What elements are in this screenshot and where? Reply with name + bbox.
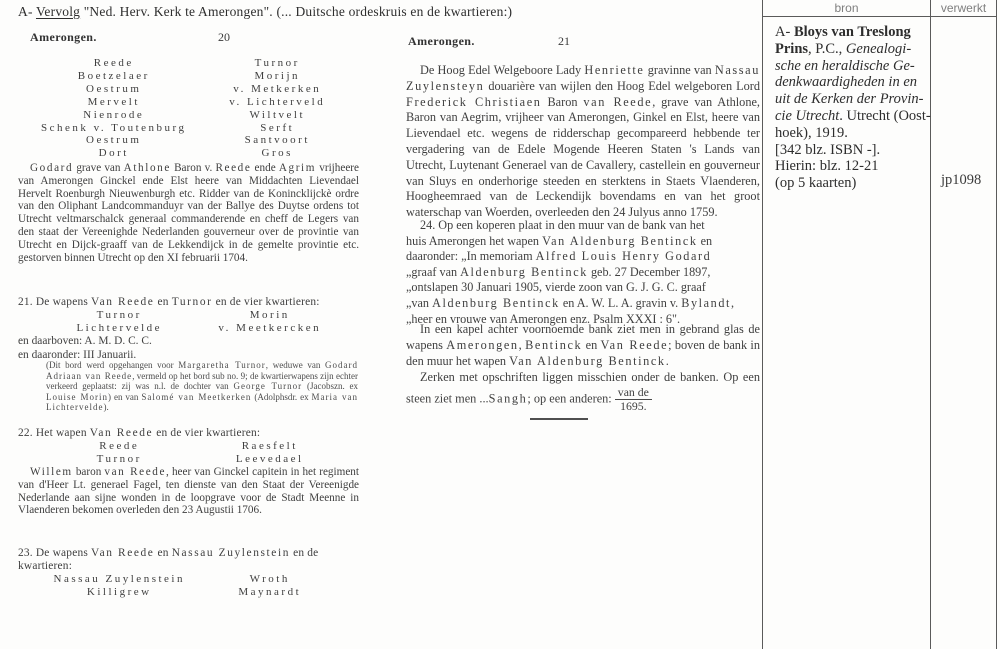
text-line: „van Aldenburg Bentinck en A. W. L. A. g… — [406, 296, 760, 312]
text-segment: Nassau Zuylenstein — [172, 547, 290, 559]
text-segment: Henriette — [584, 63, 644, 77]
text-line: „graaf van Aldenburg Bentinck geb. 27 De… — [406, 265, 760, 281]
quarter-name: Nassau Zuylenstein — [44, 573, 195, 586]
text-segment: Godard — [30, 162, 73, 174]
quarter-name: Dort — [32, 147, 196, 160]
quarter-name-row: ReedeTurnor — [32, 57, 359, 70]
text-segment: (op 5 kaarten) — [775, 175, 856, 191]
sidebar-column-divider — [930, 0, 931, 649]
text-segment: „ontslapen 30 Januari 1905, vierde zoon … — [406, 280, 706, 294]
text-segment: Van Aldenburg Bentinck — [542, 234, 697, 248]
text-segment: douarière van wijlen den Hoog Edel welge… — [484, 79, 760, 93]
left-scan-page: Amerongen. 20 ReedeTurnorBoetzelaerMorij… — [18, 30, 359, 44]
quarter-name: v. Meetkercken — [195, 322, 346, 335]
text-segment: Aldenburg Bentinck — [432, 296, 560, 310]
text-segment: ) en van — [108, 392, 141, 402]
quarter-name: Reede — [44, 440, 195, 453]
text-segment: Van Reede — [601, 338, 669, 352]
text-segment: grave van — [73, 162, 124, 174]
quarter-name: Wroth — [195, 573, 346, 586]
quarter-name: Leevedael — [195, 453, 346, 466]
quarter-name: v. Metkerken — [196, 83, 360, 96]
quarter-name: Schenk v. Toutenburg — [32, 122, 196, 135]
text-segment: denkwaardigheden in en — [775, 74, 917, 90]
quarter-name-row: Lichterveldev. Meetkercken — [44, 322, 345, 335]
item-21: 21. De wapens Van Reede en Turnor en de … — [18, 296, 359, 362]
fraction-numerator: van de — [615, 386, 652, 399]
item-22-paragraph: Willem baron van Reede, heer van Ginckel… — [18, 466, 359, 517]
quarter-name: Oestrum — [32, 83, 196, 96]
quarter-name: Lichtervelde — [44, 322, 195, 335]
sidebar-left-border — [762, 0, 763, 649]
page-title: Amerongen. — [30, 30, 97, 45]
quarter-names-list: ReedeTurnorBoetzelaerMorijnOestrumv. Met… — [18, 57, 359, 160]
text-segment: Willem — [30, 466, 73, 478]
quarter-name-row: TurnorMorin — [44, 309, 345, 322]
fraction-van-de-1695: van de1695. — [615, 386, 652, 413]
quarter-name-row: Oestrumv. Metkerken — [32, 83, 359, 96]
text-segment: (Adolphsdr. ex — [251, 392, 311, 402]
text-segment: Prins — [775, 41, 808, 57]
text-segment: uit de Kerken der Provin- — [775, 91, 923, 107]
text-segment: Margaretha Turnor — [178, 360, 266, 370]
text-segment: 24. Op een koperen plaat in den muur van… — [420, 218, 705, 232]
text-line: 24. Op een koperen plaat in den muur van… — [406, 218, 760, 234]
item-22-heading: 22. Het wapen Van Reede en de vier kwart… — [18, 427, 359, 440]
text-segment: Reede — [215, 162, 251, 174]
text-segment: De Hoog Edel Welgeboore Lady — [420, 63, 584, 77]
quarter-name: Killigrew — [44, 586, 195, 599]
text-segment: Frederick Christiaen — [406, 95, 542, 109]
item-23-heading: 23. De wapens Van Reede en Nassau Zuylen… — [18, 547, 359, 573]
kapel-paragraph: In een kapel achter voornoemde bank ziet… — [406, 322, 760, 369]
text-segment: [342 blz. ISBN -]. — [775, 142, 880, 158]
right-scan-page: Amerongen. 21 De Hoog Edel Welgeboore La… — [406, 34, 760, 48]
item-22-quarters: ReedeRaesfeltTurnorLeevedael — [18, 440, 359, 466]
text-segment: vrijheere van Amerongen Ginckel ende Els… — [18, 162, 359, 264]
text-segment: , — [731, 296, 734, 310]
text-segment: en — [154, 296, 171, 308]
text-segment: gravinne van — [645, 63, 715, 77]
sidebar-header-divider — [762, 16, 997, 17]
text-segment: Bylandt — [681, 296, 731, 310]
text-segment: Agrim — [279, 162, 316, 174]
text-line: cie Utrecht. Utrecht (Oost- — [775, 108, 927, 125]
text-segment: Van Reede — [91, 296, 154, 308]
text-segment: Baron — [542, 95, 584, 109]
quarter-name: Serft — [196, 122, 360, 135]
text-segment: Baron v. — [171, 162, 216, 174]
text-line: A- Bloys van Treslong — [775, 24, 927, 41]
text-segment: van Reede — [104, 466, 166, 478]
text-line: uit de Kerken der Provin- — [775, 91, 927, 108]
item-21-daarboven: en daarboven: A. M. D. C. C. — [18, 335, 359, 349]
quarter-name: Wiltvelt — [196, 109, 360, 122]
text-segment: baron — [73, 466, 105, 478]
text-segment: ende — [251, 162, 278, 174]
text-segment: A- — [775, 24, 794, 40]
quarter-name: Gros — [196, 147, 360, 160]
column-header-verwerkt: verwerkt — [931, 1, 996, 15]
left-page-title-row: Amerongen. 20 — [18, 30, 359, 44]
text-segment: 23. De wapens — [18, 547, 91, 559]
column-header-bron: bron — [763, 1, 930, 15]
text-line: huis Amerongen het wapen Van Aldenburg B… — [406, 234, 760, 250]
quarter-name-row: ReedeRaesfelt — [44, 440, 345, 453]
text-segment: , weduwe van — [266, 360, 325, 370]
page-number: 21 — [558, 34, 570, 49]
quarter-name-row: DortGros — [32, 147, 359, 160]
zerken-paragraph: Zerken met opschriften liggen misschien … — [406, 369, 760, 413]
zerken-text: Zerken met opschriften liggen misschien … — [406, 370, 760, 405]
text-line: daaronder: „In memoriam Alfred Louis Hen… — [406, 249, 760, 265]
quarter-name: Turnor — [44, 309, 195, 322]
text-segment: geb. 27 December 1897, — [588, 265, 711, 279]
text-segment: en — [698, 234, 713, 248]
text-segment: , P.C., — [808, 41, 846, 57]
quarter-name: Morin — [195, 309, 346, 322]
quarter-name: Santvoort — [196, 134, 360, 147]
text-segment: . — [666, 354, 669, 368]
quarter-name: Boetzelaer — [32, 70, 196, 83]
quarter-name-row: Schenk v. ToutenburgSerft — [32, 122, 359, 135]
text-segment: Turnor — [172, 296, 213, 308]
text-segment: cie Utrecht — [775, 108, 839, 124]
text-segment: Sangh — [489, 391, 528, 405]
item-21-quarters: TurnorMorinLichterveldev. Meetkercken — [18, 309, 359, 335]
text-segment: en — [582, 338, 600, 352]
text-segment: Athlone — [124, 162, 171, 174]
text-line: Hierin: blz. 12-21 — [775, 158, 927, 175]
right-page-title-row: Amerongen. 21 — [406, 34, 760, 48]
item-22: 22. Het wapen Van Reede en de vier kwart… — [18, 427, 359, 517]
text-segment: Salomé van Meetkerken — [141, 392, 251, 402]
item-23: 23. De wapens Van Reede en Nassau Zuylen… — [18, 547, 359, 599]
text-segment: huis Amerongen het wapen — [406, 234, 542, 248]
sidebar-right-border — [996, 0, 997, 649]
quarter-name: Turnor — [44, 453, 195, 466]
page-number: 20 — [218, 30, 230, 45]
text-line: sche en heraldische Ge- — [775, 58, 927, 75]
item-23-quarters: Nassau ZuylensteinWrothKilligrewMaynardt — [18, 573, 359, 599]
document-header-line: A- Vervolg "Ned. Herv. Kerk te Amerongen… — [18, 4, 748, 20]
text-segment: ; op een anderen: — [527, 391, 614, 405]
text-segment: . Utrecht (Oost- — [839, 108, 930, 124]
text-line: Prins, P.C., Genealogi- — [775, 41, 927, 58]
quarter-name: Mervelt — [32, 96, 196, 109]
quarter-name-row: BoetzelaerMorijn — [32, 70, 359, 83]
text-segment: Hierin: blz. 12-21 — [775, 158, 879, 174]
text-line: hoek), 1919. — [775, 125, 927, 142]
text-line: denkwaardigheden in en — [775, 74, 927, 91]
text-segment: sche en heraldische Ge- — [775, 58, 915, 74]
item-24: 24. Op een koperen plaat in den muur van… — [406, 218, 760, 327]
text-segment: Bentinck — [525, 338, 582, 352]
quarter-name: Nienrode — [32, 109, 196, 122]
text-segment: (Jacobszn. ex — [302, 381, 358, 391]
text-segment: van Reede — [583, 95, 652, 109]
quarter-name: Turnor — [196, 57, 360, 70]
source-citation: A- Bloys van TreslongPrins, P.C., Geneal… — [775, 24, 927, 192]
item-21-heading: 21. De wapens Van Reede en Turnor en de … — [18, 296, 359, 309]
text-segment: "Ned. Herv. Kerk te Amerongen". (... Dui… — [80, 4, 512, 19]
text-segment: en de vier kwartieren: — [213, 296, 320, 308]
quarter-name-row: KilligrewMaynardt — [44, 586, 345, 599]
quarter-name: Oestrum — [32, 134, 196, 147]
quarter-name: Raesfelt — [195, 440, 346, 453]
godard-paragraph: Godard grave van Athlone Baron v. Reede … — [18, 162, 359, 264]
text-segment: daaronder: „In memoriam — [406, 249, 536, 263]
text-segment: Aldenburg Bentinck — [460, 265, 588, 279]
item-21-note: (Dit bord werd opgehangen voor Margareth… — [46, 360, 358, 413]
fraction-denominator: 1695. — [615, 399, 652, 413]
section-end-rule — [530, 418, 588, 420]
text-segment: Bloys van Treslong — [794, 24, 911, 40]
page-title: Amerongen. — [408, 34, 475, 49]
text-segment: (Dit bord werd opgehangen voor — [46, 360, 178, 370]
text-segment: 22. Het wapen — [18, 427, 90, 439]
text-segment: Van Reede — [90, 427, 153, 439]
henriette-paragraph: De Hoog Edel Welgeboore Lady Henriette g… — [406, 63, 760, 221]
text-segment: en de vier kwartieren: — [153, 427, 260, 439]
text-segment: Van Reede — [91, 547, 154, 559]
text-segment: Van Aldenburg Bentinck — [509, 354, 666, 368]
text-segment: ). — [103, 402, 108, 412]
text-segment: hoek), 1919. — [775, 125, 848, 141]
text-segment: en A. W. L. A. gravin v. — [560, 296, 681, 310]
text-segment: „graaf van — [406, 265, 460, 279]
text-line: [342 blz. ISBN -]. — [775, 142, 927, 159]
text-line: (op 5 kaarten) — [775, 175, 927, 192]
quarter-name: v. Lichterveld — [196, 96, 360, 109]
text-line: „ontslapen 30 Januari 1905, vierde zoon … — [406, 280, 760, 296]
quarter-name: Reede — [32, 57, 196, 70]
quarter-name-row: NienrodeWiltvelt — [32, 109, 359, 122]
text-segment: Alfred Louis Henry Godard — [536, 249, 712, 263]
quarter-name-row: OestrumSantvoort — [32, 134, 359, 147]
quarter-name: Morijn — [196, 70, 360, 83]
quarter-name: Maynardt — [195, 586, 346, 599]
text-segment: Louise Morin — [46, 392, 108, 402]
text-segment: , grave van Athlone, Baron van Aegrim, v… — [406, 95, 760, 220]
text-segment: „van — [406, 296, 432, 310]
quarter-name-row: TurnorLeevedael — [44, 453, 345, 466]
text-segment: Genealogi- — [846, 41, 911, 57]
scan-record-view: A- Vervolg "Ned. Herv. Kerk te Amerongen… — [0, 0, 1000, 649]
quarter-name-row: Merveltv. Lichterveld — [32, 96, 359, 109]
verwerkt-code: jp1098 — [941, 172, 981, 189]
text-segment: A- — [18, 4, 36, 19]
text-segment: en — [154, 547, 171, 559]
text-segment: Vervolg — [36, 4, 80, 19]
quarter-name-row: Nassau ZuylensteinWroth — [44, 573, 345, 586]
text-segment: 21. De wapens — [18, 296, 91, 308]
text-segment: George Turnor — [233, 381, 302, 391]
text-segment: Amerongen — [446, 338, 518, 352]
